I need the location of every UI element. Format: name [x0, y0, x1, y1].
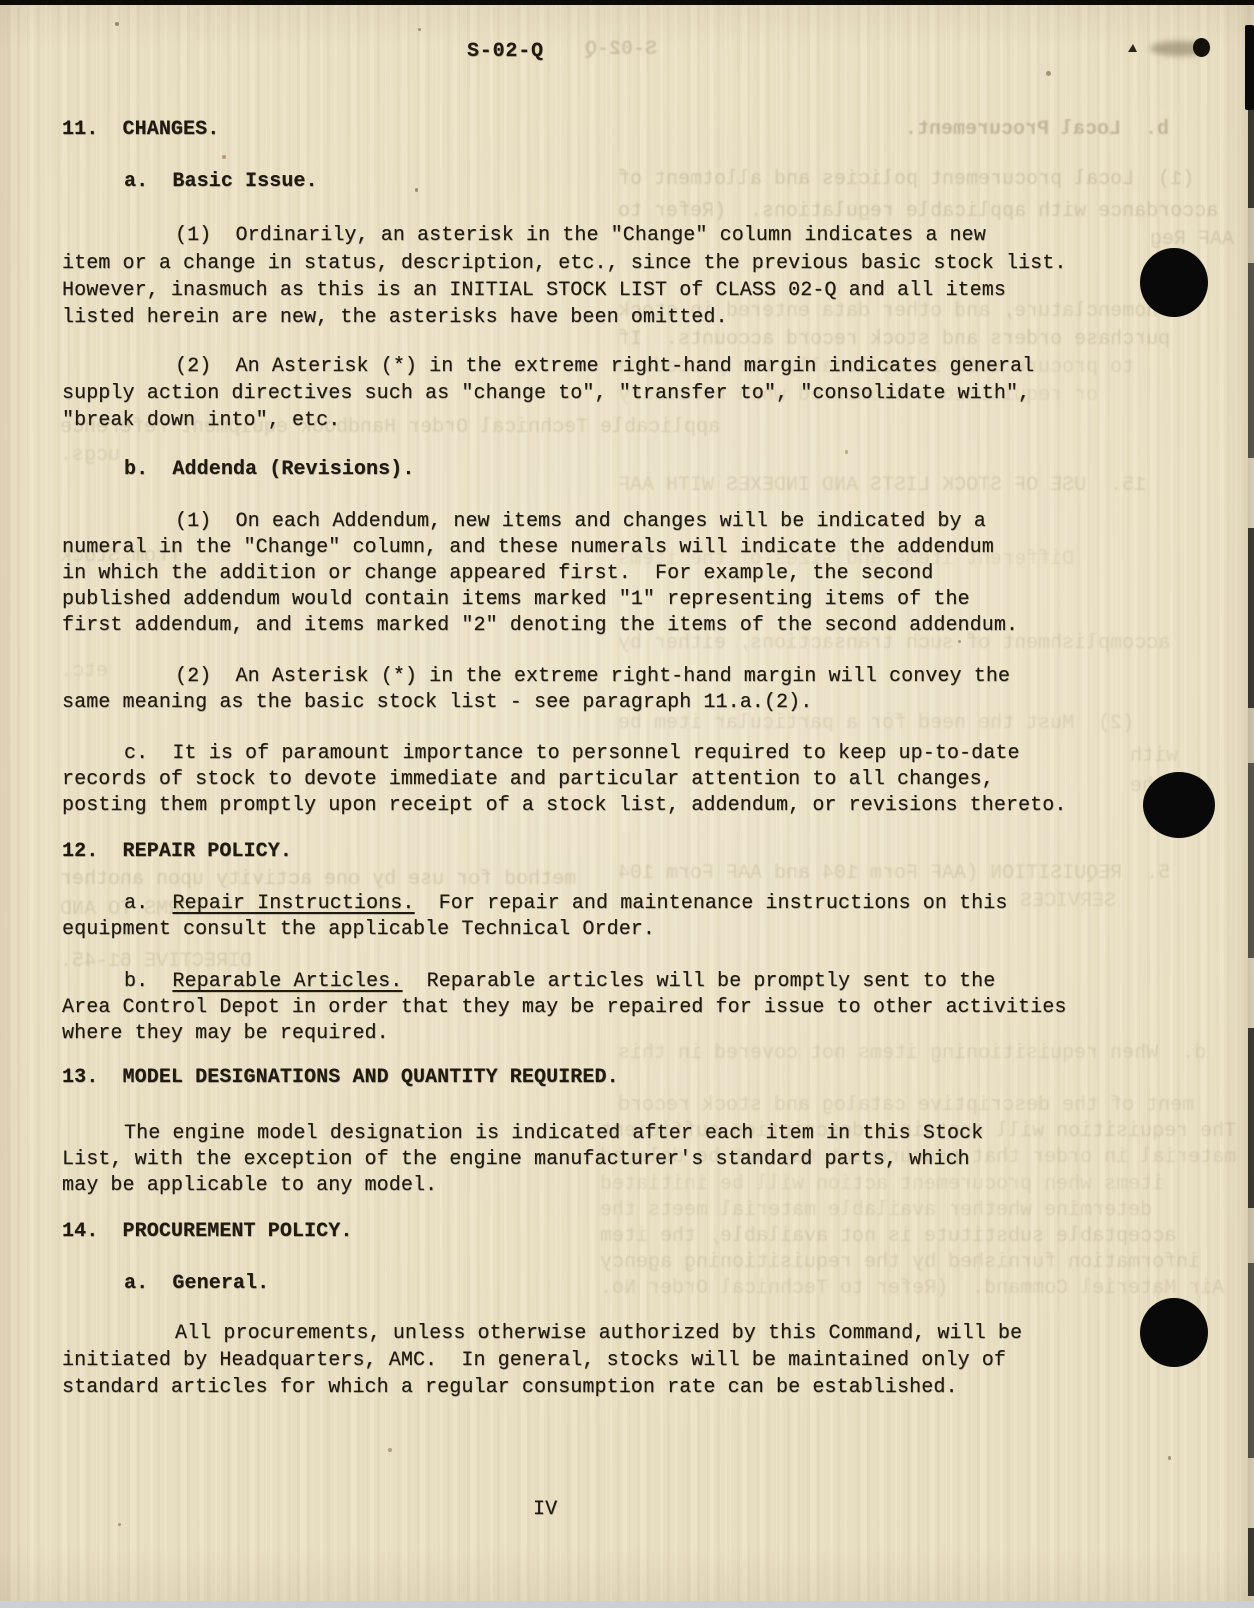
paragraph-line: supply action directives such as "change…: [62, 382, 1030, 405]
paragraph-line: posting them promptly upon receipt of a …: [62, 794, 1066, 817]
paragraph-line: records of stock to devote immediate and…: [62, 768, 994, 791]
item-a-basic-issue-heading: a. Basic Issue.: [124, 170, 318, 193]
paper-speck: [845, 450, 848, 454]
paper-speck: [415, 188, 418, 192]
hole-punch-bottom: [1140, 1298, 1208, 1367]
section-13-heading: 13. MODEL DESIGNATIONS AND QUANTITY REQU…: [62, 1066, 619, 1089]
paragraph-text: For repair and maintenance instructions …: [414, 892, 1007, 915]
item-letter: b.: [124, 970, 172, 993]
paragraph-line: standard articles for which a regular co…: [62, 1376, 958, 1399]
reparable-articles-line: b. Reparable Articles. Reparable article…: [124, 970, 995, 993]
item-b-addenda-heading: b. Addenda (Revisions).: [124, 458, 414, 481]
paper-speck: [1168, 1456, 1171, 1460]
paragraph-line: All procurements, unless otherwise autho…: [175, 1322, 1022, 1345]
document-text-layer: S-02-Q 11. CHANGES. a. Basic Issue. (1) …: [0, 0, 1254, 1608]
paragraph-line: first addendum, and items marked "2" den…: [62, 614, 1018, 637]
item-a-general-heading: a. General.: [124, 1272, 269, 1295]
paragraph-line: (1) Ordinarily, an asterisk in the "Chan…: [175, 224, 986, 247]
reparable-articles-underlined-heading: Reparable Articles.: [172, 970, 402, 993]
paragraph-line: (2) An Asterisk (*) in the extreme right…: [175, 665, 1010, 688]
paragraph-line: may be applicable to any model.: [62, 1174, 437, 1197]
paper-speck: [115, 22, 119, 26]
repair-instructions-underlined-heading: Repair Instructions.: [172, 892, 414, 915]
paper-speck: [958, 640, 961, 643]
paper-speck: [418, 28, 421, 31]
paragraph-line: "break down into", etc.: [62, 409, 340, 432]
scan-edge-right: [1248, 28, 1254, 1596]
ink-blot: [1193, 38, 1210, 57]
hole-punch-middle: [1143, 772, 1215, 838]
repair-instructions-line: a. Repair Instructions. For repair and m…: [124, 892, 1007, 915]
paragraph-line: (2) An Asterisk (*) in the extreme right…: [175, 355, 1034, 378]
section-14-heading: 14. PROCUREMENT POLICY.: [62, 1220, 352, 1243]
paper-speck: [1046, 71, 1051, 76]
paragraph-line: item or a change in status, description,…: [62, 252, 1066, 275]
paragraph-line: listed herein are new, the asterisks hav…: [62, 306, 728, 329]
page-number: IV: [533, 1498, 557, 1521]
paragraph-line: The engine model designation is indicate…: [124, 1122, 983, 1145]
paragraph-line: published addendum would contain items m…: [62, 588, 970, 611]
paragraph-line: where they may be required.: [62, 1022, 389, 1045]
paragraph-line: in which the addition or change appeared…: [62, 562, 933, 585]
scan-edge-bottom: [0, 1601, 1254, 1608]
paragraph-line: same meaning as the basic stock list - s…: [62, 691, 812, 714]
scan-edge-right-mark: [1245, 25, 1254, 110]
paragraph-line: equipment consult the applicable Technic…: [62, 918, 655, 941]
section-12-heading: 12. REPAIR POLICY.: [62, 840, 292, 863]
item-letter: a.: [124, 892, 172, 915]
paragraph-line: (1) On each Addendum, new items and chan…: [175, 510, 986, 533]
paper-speck: [222, 155, 226, 159]
paragraph-line: Area Control Depot in order that they ma…: [62, 996, 1066, 1019]
paragraph-line: However, inasmuch as this is an INITIAL …: [62, 279, 1006, 302]
triangle-mark: [1128, 44, 1137, 52]
paragraph-line: numeral in the "Change" column, and thes…: [62, 536, 994, 559]
scan-edge-top: [0, 0, 1254, 5]
paragraph-line: initiated by Headquarters, AMC. In gener…: [62, 1349, 1006, 1372]
hole-punch-top: [1140, 248, 1208, 317]
paragraph-line: List, with the exception of the engine m…: [62, 1148, 970, 1171]
paragraph-text: Reparable articles will be promptly sent…: [402, 970, 995, 993]
page-header-code: S-02-Q: [467, 40, 544, 63]
item-c-paragraph-line: c. It is of paramount importance to pers…: [124, 742, 1020, 765]
paper-speck: [118, 1523, 121, 1526]
paper-speck: [388, 1448, 392, 1452]
section-11-heading: 11. CHANGES.: [62, 118, 219, 141]
